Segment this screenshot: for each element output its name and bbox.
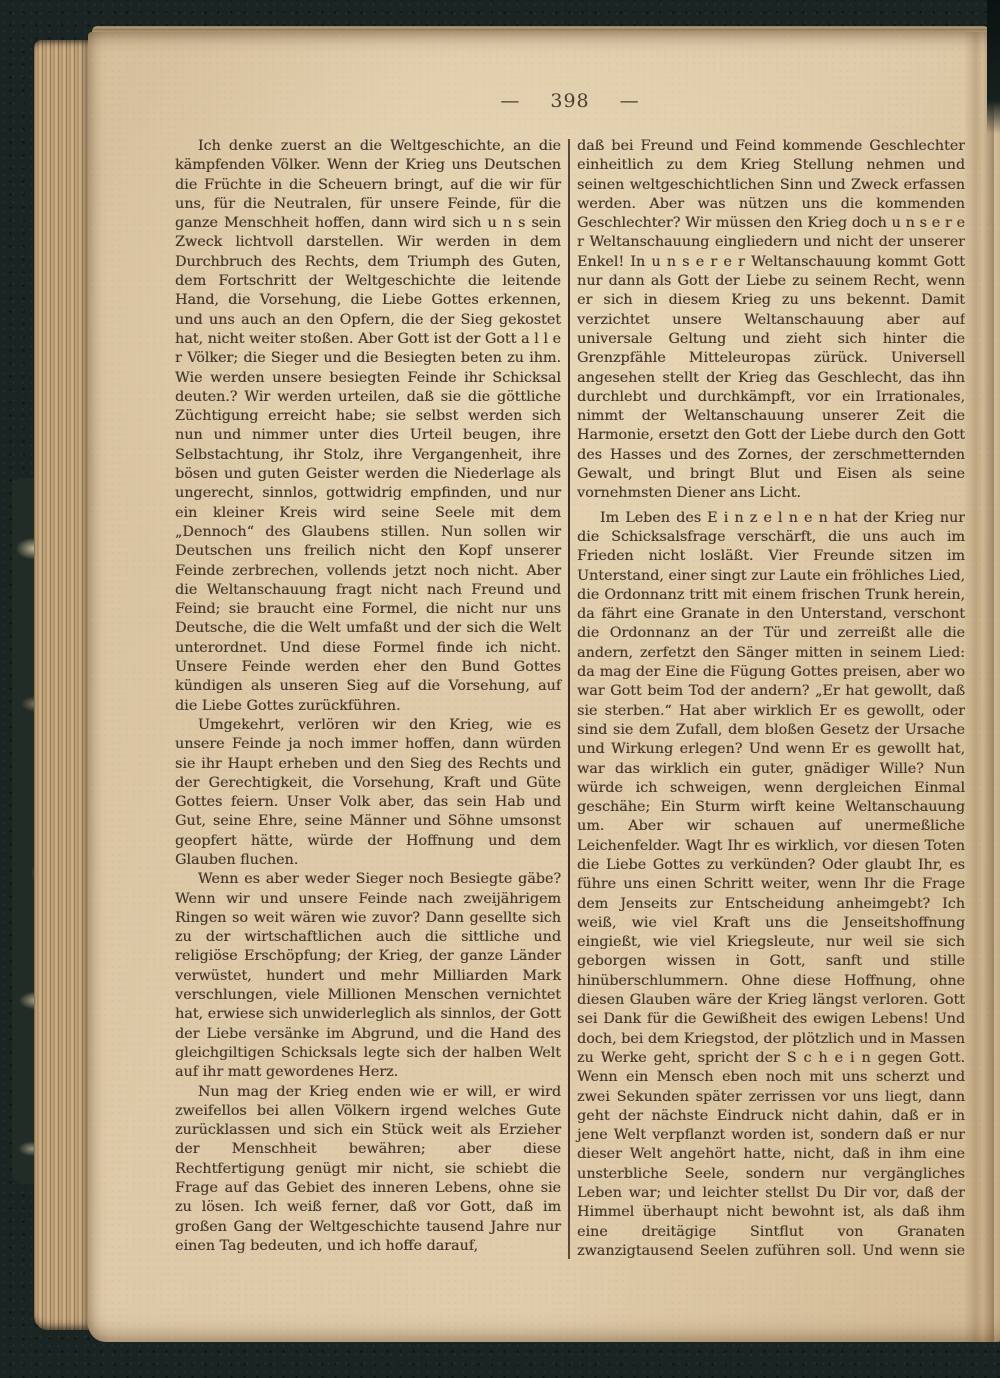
text-block: Ich denke zuerst an die Weltgeschichte, … bbox=[175, 137, 965, 1259]
paragraph: Im Leben des E i n z e l n e n hat der K… bbox=[577, 509, 965, 1259]
paragraph: Nun mag der Krieg enden wie er will, er … bbox=[175, 1083, 561, 1257]
page-edge-stack bbox=[34, 40, 94, 1330]
left-column: Ich denke zuerst an die Weltgeschichte, … bbox=[175, 137, 561, 1259]
paragraph: Ich denke zuerst an die Weltgeschichte, … bbox=[175, 137, 561, 716]
paragraph: Wenn es aber weder Sieger noch Besiegte … bbox=[175, 870, 561, 1082]
binding-corner-notch bbox=[987, 0, 1000, 134]
page-number: — 398 — bbox=[175, 32, 965, 112]
column-divider-rule bbox=[568, 139, 570, 1259]
paragraph: daß bei Freund und Feind kommende Geschl… bbox=[577, 137, 965, 504]
book-page: — 398 — Ich denke zuerst an die Weltgesc… bbox=[88, 32, 1000, 1342]
right-column: daß bei Freund und Feind kommende Geschl… bbox=[577, 137, 965, 1259]
folio-dash-right: — bbox=[620, 90, 640, 112]
folio-dash-left: — bbox=[500, 90, 520, 112]
page-content: — 398 — Ich denke zuerst an die Weltgesc… bbox=[88, 32, 1000, 1259]
book-scan: — 398 — Ich denke zuerst an die Weltgesc… bbox=[0, 0, 1000, 1378]
folio-number: 398 bbox=[550, 90, 589, 112]
paragraph: Umgekehrt, verlören wir den Krieg, wie e… bbox=[175, 716, 561, 870]
